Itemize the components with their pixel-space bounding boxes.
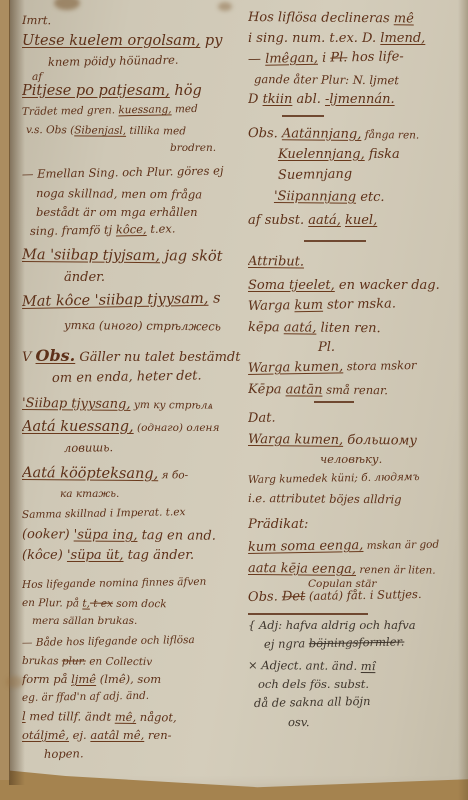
manuscript-line: Pitjese po patjesam, hög	[22, 83, 244, 100]
manuscript-text-segment: (kôce)	[22, 548, 67, 563]
manuscript-text-segment: tillika med	[126, 125, 186, 138]
manuscript-text-segment: (ooker)	[22, 527, 74, 542]
manuscript-text-segment: i sing. num. t.ex. D.	[248, 31, 380, 46]
manuscript-text-segment: mskan är god	[363, 539, 439, 552]
manuscript-line: Hos liflösa declineras mê	[248, 10, 466, 27]
manuscript-text-segment: liten ren.	[316, 321, 380, 337]
manuscript-text-segment: Kēpa	[248, 382, 286, 397]
manuscript-text-segment: mê	[394, 11, 414, 26]
manuscript-text-segment: fånga ren.	[361, 129, 419, 142]
manuscript-text-segment: kēpa	[248, 320, 284, 335]
manuscript-text-segment: (aatá) fåt. i Suttjes.	[305, 587, 422, 603]
manuscript-text-segment: hos life-	[347, 49, 404, 65]
manuscript-line: otáljmê, ej. aatâl mê, ren-	[22, 729, 244, 742]
manuscript-line: af	[32, 71, 244, 85]
manuscript-line: knem pöidy höünadre.	[48, 53, 244, 69]
manuscript-text-segment: ren-	[144, 728, 171, 742]
manuscript-text-segment: Kuelennjang,	[278, 147, 365, 162]
manuscript-line: sing. framfö tj kôce, t.ex.	[30, 221, 244, 238]
manuscript-text-segment: aatâl mê,	[90, 728, 144, 742]
manuscript-text-segment: aatá,	[308, 213, 341, 228]
manuscript-line: en Plur. på t, t ex som dock	[22, 597, 244, 611]
manuscript-text-segment: stor mska.	[323, 296, 396, 312]
manuscript-line: человѣку.	[320, 453, 466, 466]
manuscript-line: (kôce) 'süpa üt, tag änder.	[22, 548, 244, 563]
manuscript-text-segment: en Collectiv	[86, 656, 152, 669]
manuscript-text-segment: Obs.	[248, 589, 282, 605]
manuscript-text-segment: Mat kôce 'siibap tjyysam,	[22, 291, 209, 310]
manuscript-text-segment: lmêgan,	[265, 51, 318, 67]
manuscript-text-segment: 'süpa üt,	[67, 548, 124, 563]
manuscript-text-segment: Soma tjeelet,	[248, 278, 335, 293]
manuscript-text-segment: Warga kumen,	[248, 359, 343, 376]
manuscript-text-segment: Obs.	[36, 346, 76, 365]
manuscript-text-segment: 'Siibap tjyysang,	[22, 396, 131, 412]
manuscript-text-segment: form på	[22, 672, 71, 686]
manuscript-text-segment: Prädikat:	[248, 517, 308, 532]
manuscript-text-segment: en Plur. på	[22, 597, 82, 610]
manuscript-line: Ma 'siibap tjyjsam, jag sköt	[22, 247, 244, 266]
manuscript-text-segment: —	[248, 52, 265, 67]
manuscript-text-segment: Pitjese po patjesam,	[22, 83, 170, 99]
manuscript-text-segment: en wacker dag.	[335, 278, 440, 293]
manuscript-line: D tkiin abl. -ljmennán.	[248, 92, 466, 107]
manuscript-text-segment: Dat.	[248, 411, 276, 426]
manuscript-line: Prädikat:	[248, 517, 466, 532]
manuscript-text-segment: t ex	[90, 598, 113, 610]
manuscript-text-segment: då de sakna all böjn	[254, 694, 371, 710]
manuscript-line: Utese kuelem orgolsam, py	[22, 33, 244, 50]
manuscript-text-segment: D	[248, 92, 263, 107]
manuscript-text-segment: Utese kuelem orgolsam,	[22, 33, 200, 49]
manuscript-line: i sing. num. t.ex. D. lmend,	[248, 31, 466, 46]
manuscript-text-segment: kôce,	[116, 222, 147, 237]
manuscript-text-segment: knem pöidy höünadre.	[48, 53, 179, 69]
manuscript-text-segment: brodren.	[170, 142, 216, 154]
manuscript-line: gande åter Plur: N. ljmet	[254, 73, 466, 88]
manuscript-line: hopen.	[44, 745, 244, 761]
manuscript-text-segment: som dock	[113, 598, 167, 610]
manuscript-line: 'Siipannjang etc.	[274, 189, 466, 206]
manuscript-line: Attribut.	[248, 254, 466, 271]
manuscript-text-segment: py	[200, 33, 222, 49]
manuscript-line: om en enda, heter det.	[52, 368, 244, 386]
manuscript-line: v.s. Obs (Sibenjasl, tillika med	[26, 124, 244, 138]
manuscript-line: Obs. Det (aatá) fåt. i Suttjes.	[248, 586, 466, 605]
manuscript-line: Imrt.	[22, 14, 244, 29]
manuscript-line: Aatá kuessang, (однаго) оленя	[22, 419, 244, 436]
manuscript-text-segment: Gäller nu talet bestämdt	[75, 350, 240, 365]
manuscript-text-segment: hopen.	[44, 746, 84, 761]
manuscript-text-segment: mê,	[115, 710, 136, 724]
manuscript-column-left: Imrt.Utese kuelem orgolsam, pyknem pöidy…	[22, 0, 244, 800]
manuscript-text-segment: Sibenjasl,	[74, 124, 126, 136]
manuscript-text-segment: stora mskor	[343, 358, 417, 373]
manuscript-text-segment: fiska	[365, 147, 400, 162]
manuscript-text-segment: osv.	[288, 715, 310, 729]
manuscript-line: ej ngra böjningsformler.	[264, 634, 466, 651]
manuscript-text-segment: eg. är ffad'n af adj. änd.	[22, 690, 149, 704]
manuscript-line: — Emellan Sing. och Plur. göres ej	[22, 164, 244, 181]
manuscript-text-segment: Pl.	[318, 340, 335, 355]
manuscript-text-segment: (lmê), som	[96, 672, 161, 686]
manuscript-text-segment: och dels fös. subst.	[258, 677, 369, 691]
manuscript-text-segment: om en enda, heter det.	[52, 368, 202, 386]
manuscript-line: Pl.	[318, 340, 466, 355]
manuscript-text-segment: Warg kumedek küni; б. людямъ	[248, 471, 420, 486]
manuscript-text-segment: aatá,	[284, 320, 317, 335]
manuscript-text-segment: kum soma eenga,	[248, 538, 364, 555]
manuscript-text-segment: × Adject. ant. änd.	[248, 658, 361, 673]
manuscript-line: утка (иного) стрѣлжесь	[64, 319, 244, 334]
manuscript-line: Kēpa aatān små renar.	[248, 382, 466, 399]
manuscript-line: V Obs. Gäller nu talet bestämdt	[22, 348, 244, 365]
manuscript-text-segment: — Både hos lifegande och liflösa	[22, 634, 195, 649]
manuscript-text-segment: af subst.	[248, 213, 308, 228]
manuscript-text-segment: aatān	[286, 382, 323, 397]
manuscript-text-segment: mî	[361, 659, 376, 673]
manuscript-line: Kuelennjang, fiska	[278, 147, 466, 162]
manuscript-text-segment: renen är liten.	[356, 564, 436, 577]
manuscript-line: — Både hos lifegande och liflösa	[22, 633, 244, 649]
ink-rule	[314, 401, 354, 403]
manuscript-line: Warga kumen, большому	[248, 432, 466, 449]
manuscript-line: Warga kumen, stora mskor	[248, 357, 466, 376]
manuscript-line: kum soma eenga, mskan är god	[248, 536, 466, 555]
manuscript-text-segment: Ma 'siibap tjyjsam,	[22, 247, 160, 264]
manuscript-line: Mat kôce 'siibap tjyysam, s	[22, 290, 244, 311]
manuscript-line: Trädet med gren. kuessang, med	[22, 102, 244, 118]
manuscript-text-segment: tkiin	[263, 92, 293, 107]
manuscript-line: ка ктажь.	[60, 488, 244, 500]
manuscript-line: osv.	[288, 716, 466, 731]
manuscript-line: Dat.	[248, 407, 466, 426]
manuscript-text-segment: af	[32, 71, 42, 83]
manuscript-text-segment: { Adj: hafva aldrig och hafva	[248, 618, 416, 632]
manuscript-text-segment: Samma skillnad i Imperat. t.ex	[22, 506, 186, 521]
manuscript-text-segment: otáljmê,	[22, 728, 69, 742]
manuscript-text-segment: Pl.	[330, 50, 347, 65]
manuscript-line: brukas plur. en Collectiv	[22, 655, 244, 669]
manuscript-text-segment: aata kēja eenga,	[248, 561, 356, 577]
manuscript-line: × Adject. ant. änd. mî	[248, 659, 466, 674]
manuscript-text-segment: med	[171, 103, 197, 115]
manuscript-text-segment: Det	[282, 589, 306, 604]
manuscript-text-segment: Attribut.	[248, 254, 304, 269]
manuscript-text-segment: v.s. Obs (	[26, 124, 74, 136]
manuscript-text-segment: V	[22, 350, 36, 365]
manuscript-text-segment: jag sköt	[160, 248, 223, 265]
manuscript-line: (ooker) 'süpa ing, tag en and.	[22, 527, 244, 544]
manuscript-line: l med tillf. ändt mê, något,	[22, 710, 244, 725]
manuscript-line: Aatá kööpteksang, я бо-	[22, 465, 244, 484]
manuscript-text-segment: — Emellan Sing. och Plur. göres ej	[22, 163, 224, 181]
manuscript-text-segment: i.e. attributet böjes alldrig	[248, 491, 402, 506]
manuscript-text-segment: små renar.	[322, 383, 388, 398]
manuscript-text-segment: lmend,	[380, 31, 425, 46]
ink-rule	[304, 240, 366, 242]
manuscript-text-segment: noga skillnad, men om fråga	[36, 186, 202, 201]
manuscript-text-segment: s	[208, 291, 220, 307]
manuscript-text-segment: ловишь.	[64, 440, 113, 455]
manuscript-text-segment: -ljmennán.	[325, 92, 395, 107]
manuscript-line: af subst. aatá, kuel,	[248, 213, 466, 228]
manuscript-text-segment: Obs.	[248, 126, 282, 141]
manuscript-text-segment: утка (иного) стрѣлжесь	[64, 318, 221, 333]
manuscript-line: ловишь.	[64, 439, 244, 455]
manuscript-text-segment: sing. framfö tj	[30, 223, 116, 238]
manuscript-line: brodren.	[170, 142, 244, 154]
manuscript-line: i.e. attributet böjes alldrig	[248, 492, 466, 507]
manuscript-text-segment: Hos liflösa declineras	[248, 10, 394, 26]
manuscript-line: { Adj: hafva aldrig och hafva	[248, 619, 466, 632]
manuscript-column-right: Hos liflösa declineras mêi sing. num. t.…	[248, 0, 466, 800]
manuscript-text-segment: med tillf. ändt	[26, 709, 115, 724]
manuscript-text-segment: большому	[343, 433, 417, 449]
manuscript-text-segment: hög	[170, 83, 202, 99]
manuscript-line: och dels fös. subst.	[258, 678, 466, 691]
manuscript-text-segment: ej ngra	[264, 636, 309, 651]
manuscript-line: 'Siibap tjyysang, ут ку стрѣлѧ	[22, 396, 244, 413]
manuscript-text-segment: ljmê	[71, 672, 96, 686]
manuscript-text-segment: я бо-	[158, 469, 188, 481]
manuscript-text-segment: человѣку.	[320, 452, 382, 466]
manuscript-line: Samma skillnad i Imperat. t.ex	[22, 505, 244, 521]
manuscript-text-segment: ка ктажь.	[60, 488, 119, 500]
manuscript-text-segment: bestådt är om mga erhållen	[36, 205, 198, 219]
manuscript-text-segment: ут ку стрѣлѧ	[130, 399, 213, 412]
manuscript-line: noga skillnad, men om fråga	[36, 187, 244, 202]
manuscript-text-segment: (однаго) оленя	[134, 422, 220, 434]
manuscript-line: eg. är ffad'n af adj. änd.	[22, 688, 244, 704]
manuscript-text-segment: kuel,	[345, 213, 377, 228]
manuscript-line: då de sakna all böjn	[254, 693, 466, 710]
manuscript-text-segment: Trädet med gren.	[22, 104, 118, 118]
manuscript-text-segment: Aatá kööpteksang,	[22, 465, 158, 482]
manuscript-line: Suemnjang	[278, 165, 466, 183]
manuscript-line: mera sällan brukas.	[32, 615, 244, 627]
manuscript-text-segment: Warga kumen,	[248, 432, 343, 448]
manuscript-text-segment: Hos lifegande nomina finnes äfven	[22, 576, 206, 591]
manuscript-text-segment: plur.	[62, 655, 86, 667]
manuscript-text-segment: Imrt.	[22, 13, 51, 27]
manuscript-text-segment: gande åter Plur: N. ljmet	[254, 72, 399, 87]
manuscript-text-segment: t,	[82, 598, 90, 610]
ink-rule	[282, 115, 324, 117]
manuscript-line: Hos lifegande nomina finnes äfven	[22, 575, 244, 591]
manuscript-text-segment: tag en and.	[137, 528, 215, 544]
manuscript-line: Soma tjeelet, en wacker dag.	[248, 278, 466, 293]
manuscript-line: kēpa aatá, liten ren.	[248, 320, 466, 337]
manuscript-line: aata kēja eenga, renen är liten.	[248, 561, 466, 578]
manuscript-photo: Imrt.Utese kuelem orgolsam, pyknem pöidy…	[0, 0, 468, 800]
manuscript-text-segment: änder.	[64, 270, 105, 285]
manuscript-text-segment: Aatännjang,	[282, 126, 362, 142]
manuscript-text-segment: 'Siipannjang	[274, 189, 356, 205]
manuscript-text-segment: mera sällan brukas.	[32, 615, 137, 627]
manuscript-text-segment: 'süpa ing,	[74, 527, 138, 543]
manuscript-line: änder.	[64, 270, 244, 285]
manuscript-text-segment: Aatá kuessang,	[22, 419, 134, 435]
manuscript-line: Warg kumedek küni; б. людямъ	[248, 470, 466, 486]
ink-rule	[248, 613, 368, 615]
manuscript-text-segment: Suemnjang	[278, 167, 352, 183]
manuscript-line: Warga kum stor mska.	[248, 295, 466, 314]
manuscript-line: form på ljmê (lmê), som	[22, 673, 244, 686]
manuscript-text-segment: brukas	[22, 655, 62, 667]
manuscript-line: Obs. Aatännjang, fånga ren.	[248, 126, 466, 143]
manuscript-text-segment: etc.	[356, 190, 385, 205]
manuscript-line: bestådt är om mga erhållen	[36, 206, 244, 219]
manuscript-text-segment: abl.	[292, 92, 325, 107]
manuscript-text-segment: något,	[136, 710, 177, 724]
manuscript-text-segment: kuessang,	[118, 103, 171, 116]
manuscript-text-segment: ej.	[69, 728, 90, 742]
manuscript-text-segment: Warga	[248, 298, 295, 314]
manuscript-text-segment: t.ex.	[147, 221, 176, 236]
manuscript-text-segment: i	[318, 51, 331, 66]
manuscript-text-segment: kum	[294, 298, 323, 313]
manuscript-text-segment: tag änder.	[124, 548, 195, 563]
manuscript-line: — lmêgan, i Pl. hos life-	[248, 48, 466, 67]
manuscript-text-segment: böjningsformler.	[309, 635, 405, 651]
